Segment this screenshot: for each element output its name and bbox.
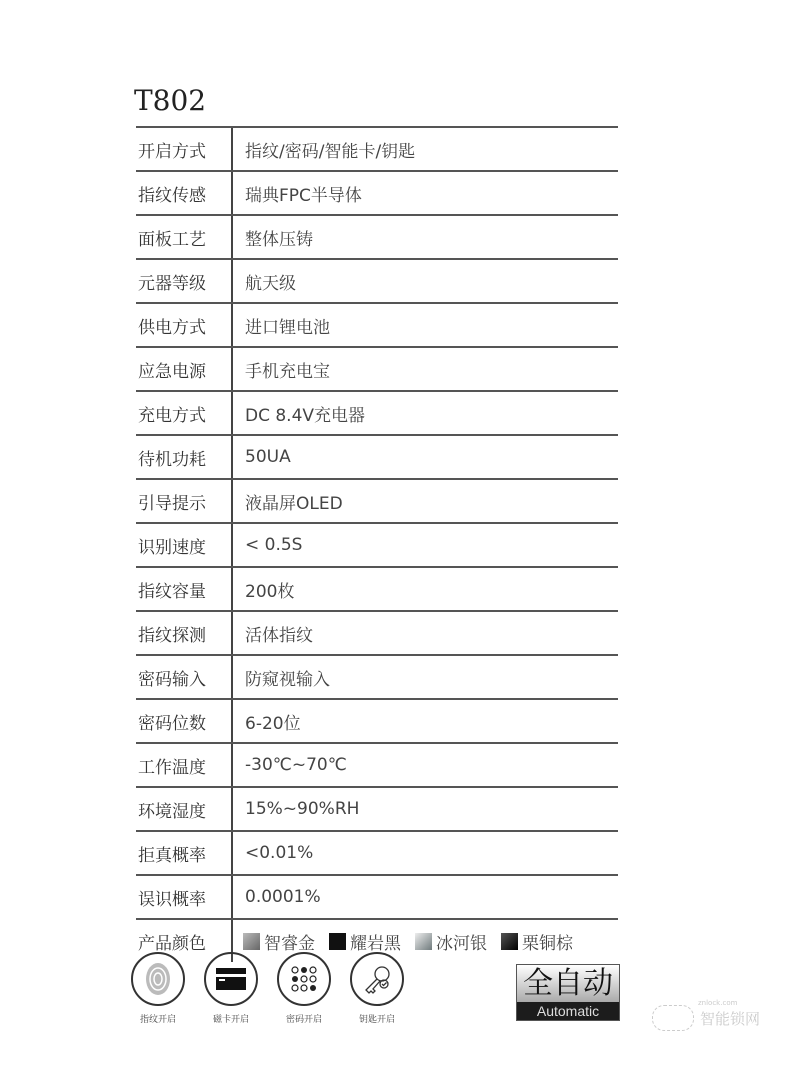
- spec-label: 元器等级: [136, 260, 233, 302]
- unlock-keypad: 密码开启: [276, 952, 332, 1025]
- spec-value: 15%~90%RH: [233, 799, 359, 819]
- spec-label: 待机功耗: [136, 436, 233, 478]
- spec-row: 供电方式进口锂电池: [136, 304, 618, 348]
- spec-label: 供电方式: [136, 304, 233, 346]
- icon-label: 钥匙开启: [359, 1012, 395, 1025]
- unlock-methods: 指纹开启 磁卡开启 密码开启 钥匙开启: [130, 952, 405, 1025]
- badge-main: 全自动: [517, 965, 619, 1002]
- spec-row: 元器等级航天级: [136, 260, 618, 304]
- unlock-key: 钥匙开启: [349, 952, 405, 1025]
- product-title: T802: [134, 84, 206, 117]
- icon-label: 密码开启: [286, 1012, 322, 1025]
- spec-value: < 0.5S: [233, 535, 302, 555]
- watermark: znlock.com 智能锁网: [652, 1005, 760, 1031]
- spec-label: 面板工艺: [136, 216, 233, 258]
- card-icon: [204, 952, 258, 1006]
- color-name: 栗铜棕: [522, 929, 573, 954]
- spec-row: 拒真概率<0.01%: [136, 832, 618, 876]
- spec-label: 拒真概率: [136, 832, 233, 874]
- automatic-badge: 全自动 Automatic: [516, 964, 620, 1021]
- color-swatch: [415, 933, 432, 950]
- spec-row: 环境湿度15%~90%RH: [136, 788, 618, 832]
- color-options: 智睿金 耀岩黑 冰河银 栗铜棕: [233, 929, 573, 954]
- icon-label: 磁卡开启: [213, 1012, 249, 1025]
- color-swatch: [329, 933, 346, 950]
- spec-label: 密码输入: [136, 656, 233, 698]
- spec-row: 工作温度-30℃~70℃: [136, 744, 618, 788]
- spec-value: -30℃~70℃: [233, 755, 347, 775]
- keypad-icon: [277, 952, 331, 1006]
- spec-label: 误识概率: [136, 876, 233, 918]
- spec-row: 面板工艺整体压铸: [136, 216, 618, 260]
- spec-row: 引导提示液晶屏OLED: [136, 480, 618, 524]
- spec-value: 0.0001%: [233, 887, 321, 907]
- key-icon: [350, 952, 404, 1006]
- color-name: 耀岩黑: [350, 929, 401, 954]
- spec-label: 密码位数: [136, 700, 233, 742]
- spec-value: DC 8.4V充电器: [233, 401, 365, 426]
- spec-value: 6-20位: [233, 709, 301, 734]
- color-option: 冰河银: [415, 929, 487, 954]
- color-option: 栗铜棕: [501, 929, 573, 954]
- spec-label: 开启方式: [136, 128, 233, 170]
- spec-label: 指纹传感: [136, 172, 233, 214]
- spec-row: 待机功耗50UA: [136, 436, 618, 480]
- spec-row: 指纹容量200枚: [136, 568, 618, 612]
- spec-row: 充电方式DC 8.4V充电器: [136, 392, 618, 436]
- spec-row: 指纹传感瑞典FPC半导体: [136, 172, 618, 216]
- fingerprint-icon: [131, 952, 185, 1006]
- spec-value: 200枚: [233, 577, 294, 602]
- spec-value: 液晶屏OLED: [233, 489, 343, 514]
- spec-row: 开启方式指纹/密码/智能卡/钥匙: [136, 128, 618, 172]
- spec-label: 环境湿度: [136, 788, 233, 830]
- watermark-text: 智能锁网: [700, 1008, 760, 1029]
- spec-value: 航天级: [233, 269, 296, 294]
- color-name: 智睿金: [264, 929, 315, 954]
- spec-value: <0.01%: [233, 843, 313, 863]
- spec-label: 应急电源: [136, 348, 233, 390]
- spec-value: 50UA: [233, 447, 291, 467]
- color-swatch: [243, 933, 260, 950]
- icon-label: 指纹开启: [140, 1012, 176, 1025]
- badge-sub: Automatic: [517, 1002, 619, 1020]
- spec-row: 应急电源手机充电宝: [136, 348, 618, 392]
- color-name: 冰河银: [436, 929, 487, 954]
- unlock-fingerprint: 指纹开启: [130, 952, 186, 1025]
- spec-row: 指纹探测活体指纹: [136, 612, 618, 656]
- spec-value: 进口锂电池: [233, 313, 330, 338]
- color-option: 智睿金: [243, 929, 315, 954]
- spec-label: 指纹探测: [136, 612, 233, 654]
- spec-row: 密码位数6-20位: [136, 700, 618, 744]
- spec-label: 指纹容量: [136, 568, 233, 610]
- spec-row: 识别速度< 0.5S: [136, 524, 618, 568]
- cloud-icon: [652, 1005, 694, 1031]
- watermark-site: znlock.com: [698, 999, 737, 1007]
- spec-row: 误识概率0.0001%: [136, 876, 618, 920]
- spec-value: 活体指纹: [233, 621, 313, 646]
- color-swatch: [501, 933, 518, 950]
- color-option: 耀岩黑: [329, 929, 401, 954]
- spec-label: 工作温度: [136, 744, 233, 786]
- spec-value: 防窥视输入: [233, 665, 330, 690]
- spec-value: 手机充电宝: [233, 357, 330, 382]
- spec-value: 指纹/密码/智能卡/钥匙: [233, 137, 415, 162]
- unlock-card: 磁卡开启: [203, 952, 259, 1025]
- spec-label: 引导提示: [136, 480, 233, 522]
- spec-value: 瑞典FPC半导体: [233, 181, 362, 206]
- spec-label: 充电方式: [136, 392, 233, 434]
- spec-row: 密码输入防窥视输入: [136, 656, 618, 700]
- spec-label: 识别速度: [136, 524, 233, 566]
- spec-value: 整体压铸: [233, 225, 313, 250]
- spec-table: 开启方式指纹/密码/智能卡/钥匙 指纹传感瑞典FPC半导体 面板工艺整体压铸 元…: [136, 126, 618, 962]
